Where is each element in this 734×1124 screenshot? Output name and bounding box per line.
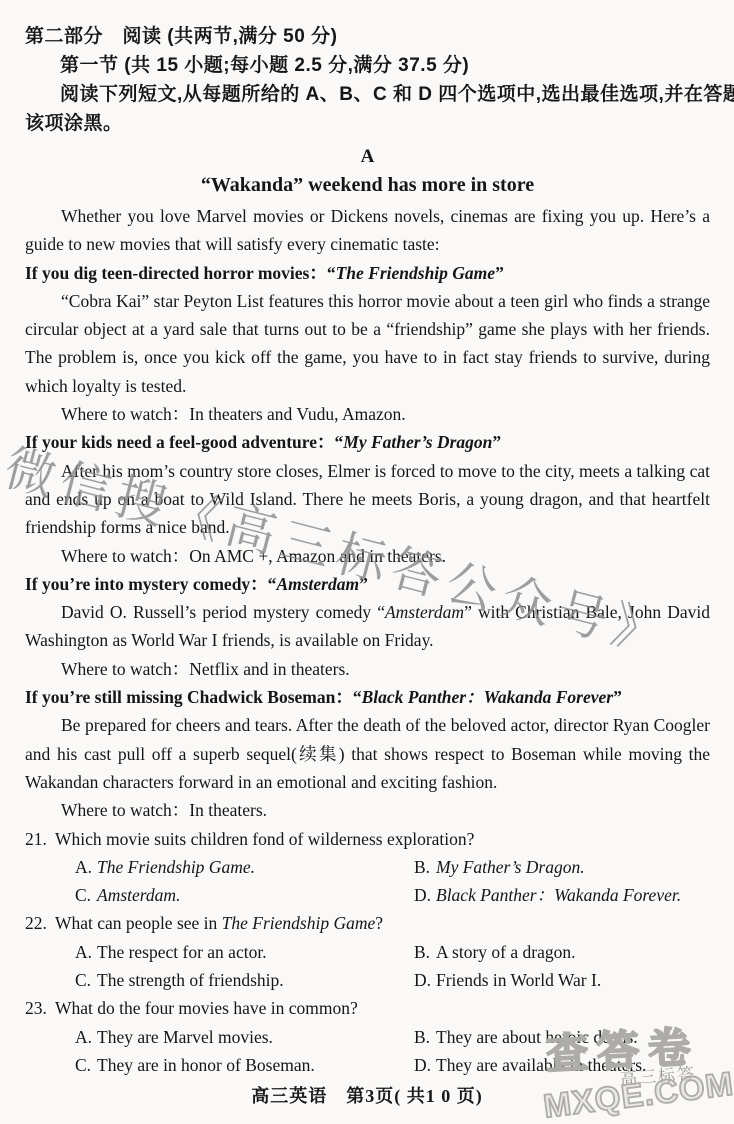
question-23-options: A.They are Marvel movies. B.They are abo… [75, 1023, 710, 1080]
option-label: D. [414, 881, 436, 909]
question-text-part: What can people see in [55, 913, 222, 933]
option-b: B.My Father’s Dragon. [414, 853, 710, 881]
heading-text: ” [359, 574, 368, 594]
part-heading: 第二部分 阅读 (共两节,满分 50 分) [25, 22, 710, 51]
question-text-part: Which movie suits children fond of wilde… [55, 829, 474, 849]
option-b: B.They are about heroic deeds. [414, 1023, 710, 1051]
passage-title: “Wakanda” weekend has more in store [25, 171, 710, 200]
option-text: Amsterdam. [97, 885, 180, 905]
question-21-stem: 21. Which movie suits children fond of w… [25, 825, 710, 853]
question-number: 23. [25, 994, 55, 1022]
question-22-options: A.The respect for an actor. B.A story of… [75, 938, 710, 995]
passage-label: A [25, 143, 710, 171]
where-to-watch-2: Where to watch：On AMC +, Amazon and in t… [61, 542, 710, 570]
option-text: They are about heroic deeds. [436, 1027, 638, 1047]
option-c: C.Amsterdam. [75, 881, 414, 909]
movie-title: My Father’s Dragon [343, 432, 492, 452]
option-label: B. [414, 1023, 436, 1051]
option-text: My Father’s Dragon. [436, 857, 585, 877]
option-label: D. [414, 1051, 436, 1079]
heading-text: If you’re still missing Chadwick Boseman… [25, 687, 362, 707]
question-number: 22. [25, 909, 55, 937]
option-a: A.The respect for an actor. [75, 938, 414, 966]
option-d: D.They are available in theaters. [414, 1051, 710, 1079]
option-a: A.The Friendship Game. [75, 853, 414, 881]
question-21: 21. Which movie suits children fond of w… [25, 825, 710, 910]
page-content: 第二部分 阅读 (共两节,满分 50 分) 第一节 (共 15 小题;每小题 2… [25, 22, 710, 1079]
question-text-italic: The Friendship Game [222, 913, 376, 933]
question-22: 22. What can people see in The Friendshi… [25, 909, 710, 994]
option-text: They are Marvel movies. [97, 1027, 273, 1047]
option-d: D.Black Panther：Wakanda Forever. [414, 881, 710, 909]
body-text: After his mom’s country store closes, El… [25, 461, 710, 538]
option-text: The strength of friendship. [97, 970, 284, 990]
option-c: C.They are in honor of Boseman. [75, 1051, 414, 1079]
question-number: 21. [25, 825, 55, 853]
option-text: Black Panther：Wakanda Forever. [436, 885, 681, 905]
question-text: Which movie suits children fond of wilde… [55, 825, 474, 853]
option-label: C. [75, 966, 97, 994]
option-label: A. [75, 938, 97, 966]
heading-text: ” [613, 687, 622, 707]
passage-intro: Whether you love Marvel movies or Dicken… [25, 202, 710, 259]
option-text: The Friendship Game. [97, 857, 255, 877]
question-text-part: What do the four movies have in common? [55, 998, 358, 1018]
movie-section-2-heading: If your kids need a feel-good adventure：… [25, 428, 710, 456]
movie-section-2-body: After his mom’s country store closes, El… [25, 457, 710, 542]
option-text: The respect for an actor. [97, 942, 267, 962]
option-d: D.Friends in World War I. [414, 966, 710, 994]
movie-title: Black Panther：Wakanda Forever [362, 687, 614, 707]
movie-title: The Friendship Game [336, 263, 495, 283]
body-text: Be prepared for cheers and tears. After … [25, 715, 710, 792]
option-label: C. [75, 1051, 97, 1079]
option-text: They are available in theaters. [436, 1055, 646, 1075]
instruction-line-2: 该项涂黑。 [25, 109, 710, 138]
question-text: What do the four movies have in common? [55, 994, 358, 1022]
option-label: A. [75, 1023, 97, 1051]
movie-section-4-body: Be prepared for cheers and tears. After … [25, 711, 710, 796]
option-a: A.They are Marvel movies. [75, 1023, 414, 1051]
option-label: C. [75, 881, 97, 909]
option-label: B. [414, 853, 436, 881]
option-label: A. [75, 853, 97, 881]
page-footer: 高三英语 第3页( 共1 0 页) [0, 1082, 734, 1108]
heading-text: If your kids need a feel-good adventure：… [25, 432, 343, 452]
option-text: A story of a dragon. [436, 942, 576, 962]
heading-text: ” [495, 263, 504, 283]
option-c: C.The strength of friendship. [75, 966, 414, 994]
movie-title: Amsterdam [276, 574, 359, 594]
option-label: D. [414, 966, 436, 994]
instruction-line-1: 阅读下列短文,从每题所给的 A、B、C 和 D 四个选项中,选出最佳选项,并在答… [60, 80, 710, 109]
where-to-watch-3: Where to watch：Netflix and in theaters. [61, 655, 710, 683]
movie-section-3-body: David O. Russell’s period mystery comedy… [25, 598, 710, 655]
option-text: They are in honor of Boseman. [97, 1055, 315, 1075]
body-text: “Cobra Kai” star Peyton List features th… [25, 291, 710, 396]
option-text: Friends in World War I. [436, 970, 601, 990]
exam-page: 第二部分 阅读 (共两节,满分 50 分) 第一节 (共 15 小题;每小题 2… [0, 0, 734, 1124]
section-heading: 第一节 (共 15 小题;每小题 2.5 分,满分 37.5 分) [60, 51, 710, 80]
body-text: David O. Russell’s period mystery comedy… [61, 602, 385, 622]
question-text-part: ? [375, 913, 383, 933]
body-italic-text: Amsterdam [385, 602, 464, 622]
where-to-watch-1: Where to watch：In theaters and Vudu, Ama… [61, 400, 710, 428]
heading-text: If you dig teen-directed horror movies：“ [25, 263, 336, 283]
movie-section-4-heading: If you’re still missing Chadwick Boseman… [25, 683, 710, 711]
question-21-options: A.The Friendship Game. B.My Father’s Dra… [75, 853, 710, 910]
movie-section-1-heading: If you dig teen-directed horror movies：“… [25, 259, 710, 287]
movie-section-1-body: “Cobra Kai” star Peyton List features th… [25, 287, 710, 400]
heading-text: If you’re into mystery comedy：“ [25, 574, 276, 594]
question-23: 23. What do the four movies have in comm… [25, 994, 710, 1079]
where-to-watch-4: Where to watch：In theaters. [61, 796, 710, 824]
option-b: B.A story of a dragon. [414, 938, 710, 966]
question-23-stem: 23. What do the four movies have in comm… [25, 994, 710, 1022]
question-text: What can people see in The Friendship Ga… [55, 909, 383, 937]
movie-section-3-heading: If you’re into mystery comedy：“Amsterdam… [25, 570, 710, 598]
question-22-stem: 22. What can people see in The Friendshi… [25, 909, 710, 937]
option-label: B. [414, 938, 436, 966]
heading-text: ” [492, 432, 501, 452]
